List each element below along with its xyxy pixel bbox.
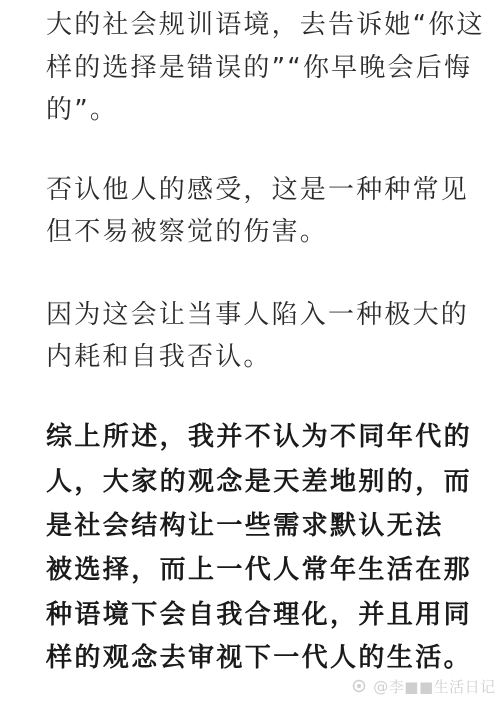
text-line: 是社会结构让一些需求默认无法 [46,511,444,541]
text-line: 大的社会规训语境，去告诉她“你这 [46,10,485,40]
watermark-text: @李■■生活日记 [373,678,495,696]
text-line: 因为这会让当事人陷入一种极大的 [46,300,469,330]
platform-logo-icon [352,678,366,698]
watermark: @李■■生活日记 [352,677,496,698]
text-line: 人，大家的观念是天差地别的，而 [46,467,472,497]
text-line: 但不易被察觉的伤害。 [46,217,328,247]
text-line: 的”。 [46,95,118,125]
text-line: 否认他人的感受，这是一种种常见 [46,175,469,205]
text-line: 内耗和自我否认。 [46,342,272,372]
text-line: 综上所述，我并不认为不同年代的 [46,422,472,452]
text-line: 种语境下会自我合理化，并且用同 [46,600,472,630]
text-line: 样的观念去审视下一代人的生活。 [46,643,472,673]
text-line: 样的选择是错误的”“你早晚会后悔 [46,53,472,83]
text-line: 被选择，而上一代人常年生活在那 [46,555,472,585]
